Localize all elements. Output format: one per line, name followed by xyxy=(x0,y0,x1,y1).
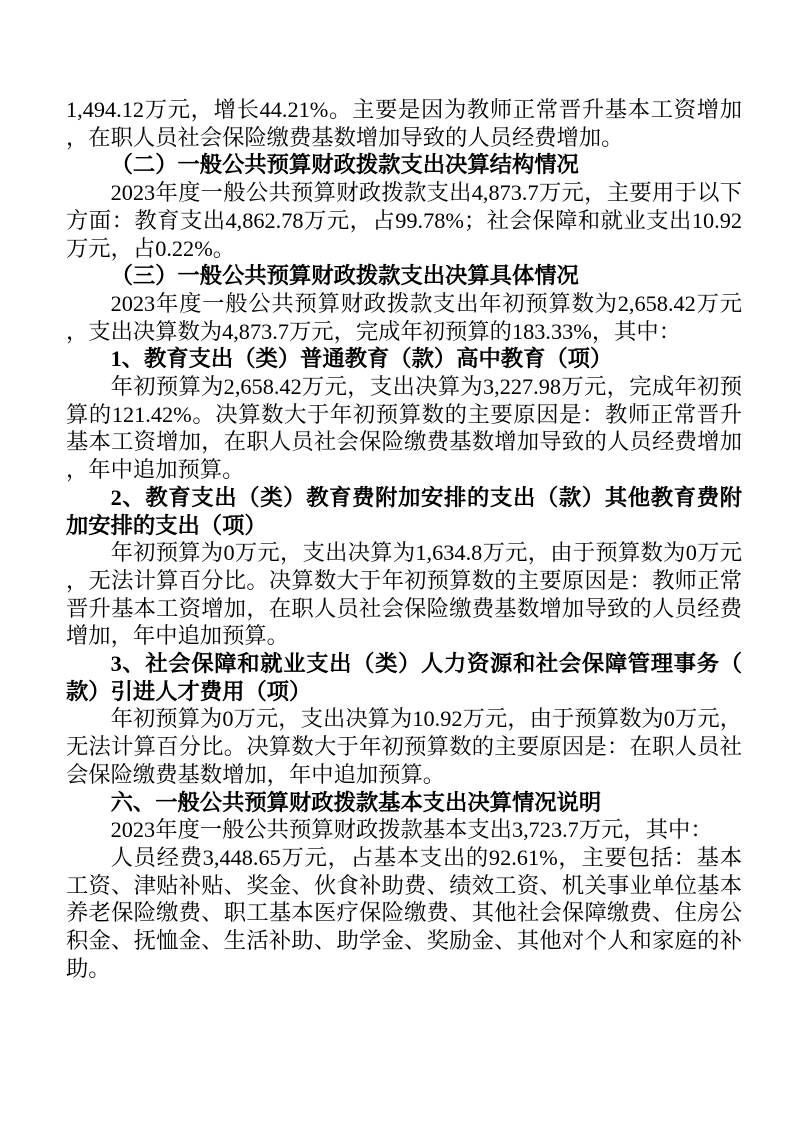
body-paragraph: 2023年度一般公共预算财政拨款支出年初预算数为2,658.42万元，支出决算数… xyxy=(66,290,742,345)
section-heading: 1、教育支出（类）普通教育（款）高中教育（项） xyxy=(66,345,742,373)
document-page: 1,494.12万元，增长44.21%。主要是因为教师正常晋升基本工资增加，在职… xyxy=(0,0,793,1122)
body-paragraph: 2023年度一般公共预算财政拨款支出4,873.7万元，主要用于以下方面：教育支… xyxy=(66,179,742,262)
body-paragraph: 1,494.12万元，增长44.21%。主要是因为教师正常晋升基本工资增加，在职… xyxy=(66,96,742,151)
section-heading: （三）一般公共预算财政拨款支出决算具体情况 xyxy=(66,262,742,290)
body-paragraph: 年初预算为0万元，支出决算为10.92万元，由于预算数为0万元，无法计算百分比。… xyxy=(66,705,742,788)
section-heading: 六、一般公共预算财政拨款基本支出决算情况说明 xyxy=(66,789,742,817)
section-heading: 3、社会保障和就业支出（类）人力资源和社会保障管理事务（款）引进人才费用（项） xyxy=(66,650,742,705)
body-paragraph: 年初预算为0万元，支出决算为1,634.8万元，由于预算数为0万元，无法计算百分… xyxy=(66,539,742,650)
section-heading: 2、教育支出（类）教育费附加安排的支出（款）其他教育费附加安排的支出（项） xyxy=(66,484,742,539)
body-paragraph: 2023年度一般公共预算财政拨款基本支出3,723.7万元，其中： xyxy=(66,816,742,844)
body-paragraph: 年初预算为2,658.42万元，支出决算为3,227.98万元，完成年初预算的1… xyxy=(66,373,742,484)
body-paragraph: 人员经费3,448.65万元，占基本支出的92.61%，主要包括：基本工资、津贴… xyxy=(66,844,742,983)
document-content: 1,494.12万元，增长44.21%。主要是因为教师正常晋升基本工资增加，在职… xyxy=(66,96,742,983)
section-heading: （二）一般公共预算财政拨款支出决算结构情况 xyxy=(66,151,742,179)
